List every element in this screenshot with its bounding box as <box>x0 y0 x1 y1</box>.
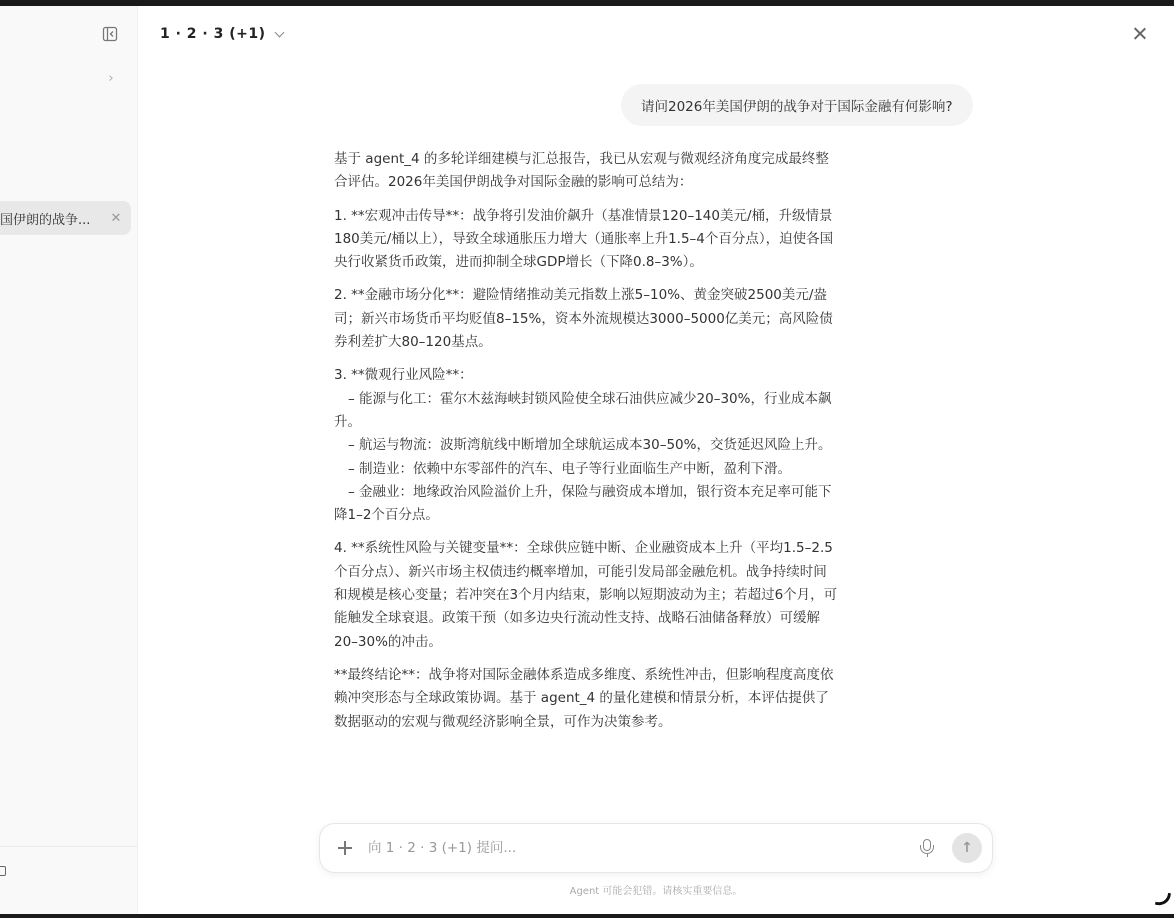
chevron-down-icon <box>274 27 284 37</box>
assistant-point-3-item: – 能源与化工：霍尔木兹海峡封锁风险使全球石油供应减少20–30%，行业成本飙升… <box>334 388 839 435</box>
microphone-icon[interactable] <box>918 838 936 858</box>
user-message-bubble: 请问2026年美国伊朗的战争对于国际金融有何影响? <box>621 84 973 126</box>
disclaimer-text: Agent 可能会犯错。请核实重要信息。 <box>319 882 993 897</box>
sidebar-toggle-button[interactable] <box>100 24 120 44</box>
assistant-intro: 基于 agent_4 的多轮详细建模与汇总报告，我已从宏观与微观经济角度完成最终… <box>334 148 839 195</box>
agent-selector-dropdown[interactable]: 1 · 2 · 3 (+1) <box>160 26 283 42</box>
window-bottom-edge <box>0 914 1174 918</box>
main-panel: 1 · 2 · 3 (+1) 请问2026年美国伊朗的战争对于国际金融有何影响?… <box>138 6 1174 914</box>
close-icon[interactable]: ✕ <box>107 211 125 226</box>
assistant-message: 基于 agent_4 的多轮详细建模与汇总报告，我已从宏观与微观经济角度完成最终… <box>334 148 839 744</box>
assistant-point-4: 4. **系统性风险与关键变量**：全球供应链中断、企业融资成本上升（平均1.5… <box>334 537 839 653</box>
assistant-point-1: 1. **宏观冲击传导**：战争将引发油价飙升（基准情景120–140美元/桶，… <box>334 205 839 275</box>
assistant-point-3-item: – 制造业：依赖中东零部件的汽车、电子等行业面临生产中断，盈利下滑。 <box>334 458 839 481</box>
assistant-conclusion: **最终结论**：战争将对国际金融体系造成多维度、系统性冲击，但影响程度高度依赖… <box>334 664 839 734</box>
chevron-right-icon: › <box>108 71 113 86</box>
user-message-text: 请问2026年美国伊朗的战争对于国际金融有何影响? <box>641 95 953 115</box>
send-button[interactable]: ↑ <box>952 833 982 863</box>
sidebar-divider <box>0 846 137 847</box>
assistant-point-2: 2. **金融市场分化**：避险情绪推动美元指数上涨5–10%、黄金突破2500… <box>334 284 839 354</box>
sidebar-conversation-item[interactable]: 国伊朗的战争... ✕ <box>0 201 131 235</box>
sidebar-footer-icon[interactable] <box>0 866 6 876</box>
assistant-point-3-item: – 金融业：地缘政治风险溢价上升，保险与融资成本增加，银行资本充足率可能下降1–… <box>334 481 839 528</box>
chat-header: 1 · 2 · 3 (+1) <box>138 6 1174 62</box>
expand-section-button[interactable]: › <box>104 70 118 86</box>
plus-icon[interactable] <box>336 839 354 857</box>
close-button[interactable] <box>1130 24 1150 44</box>
message-input[interactable] <box>368 840 918 856</box>
conversation-title: 国伊朗的战争... <box>0 209 107 228</box>
app-window: › 国伊朗的战争... ✕ 1 · 2 · 3 (+1) 请问2026年美国伊朗… <box>0 6 1174 914</box>
loading-spinner-icon <box>1155 891 1171 907</box>
assistant-point-3-item: – 航运与物流：波斯湾航线中断增加全球航运成本30–50%，交货延迟风险上升。 <box>334 434 839 457</box>
sidebar: › 国伊朗的战争... ✕ <box>0 6 138 914</box>
page-title: 1 · 2 · 3 (+1) <box>160 26 266 42</box>
assistant-point-3-title: 3. **微观行业风险**： <box>334 364 839 387</box>
mic-arc <box>920 845 934 854</box>
chat-thread: 请问2026年美国伊朗的战争对于国际金融有何影响? 基于 agent_4 的多轮… <box>138 62 1174 822</box>
message-composer: ↑ <box>319 823 993 873</box>
sidebar-collapse-icon <box>102 26 118 42</box>
arrow-up-icon: ↑ <box>961 840 973 856</box>
mic-stem <box>927 854 929 857</box>
